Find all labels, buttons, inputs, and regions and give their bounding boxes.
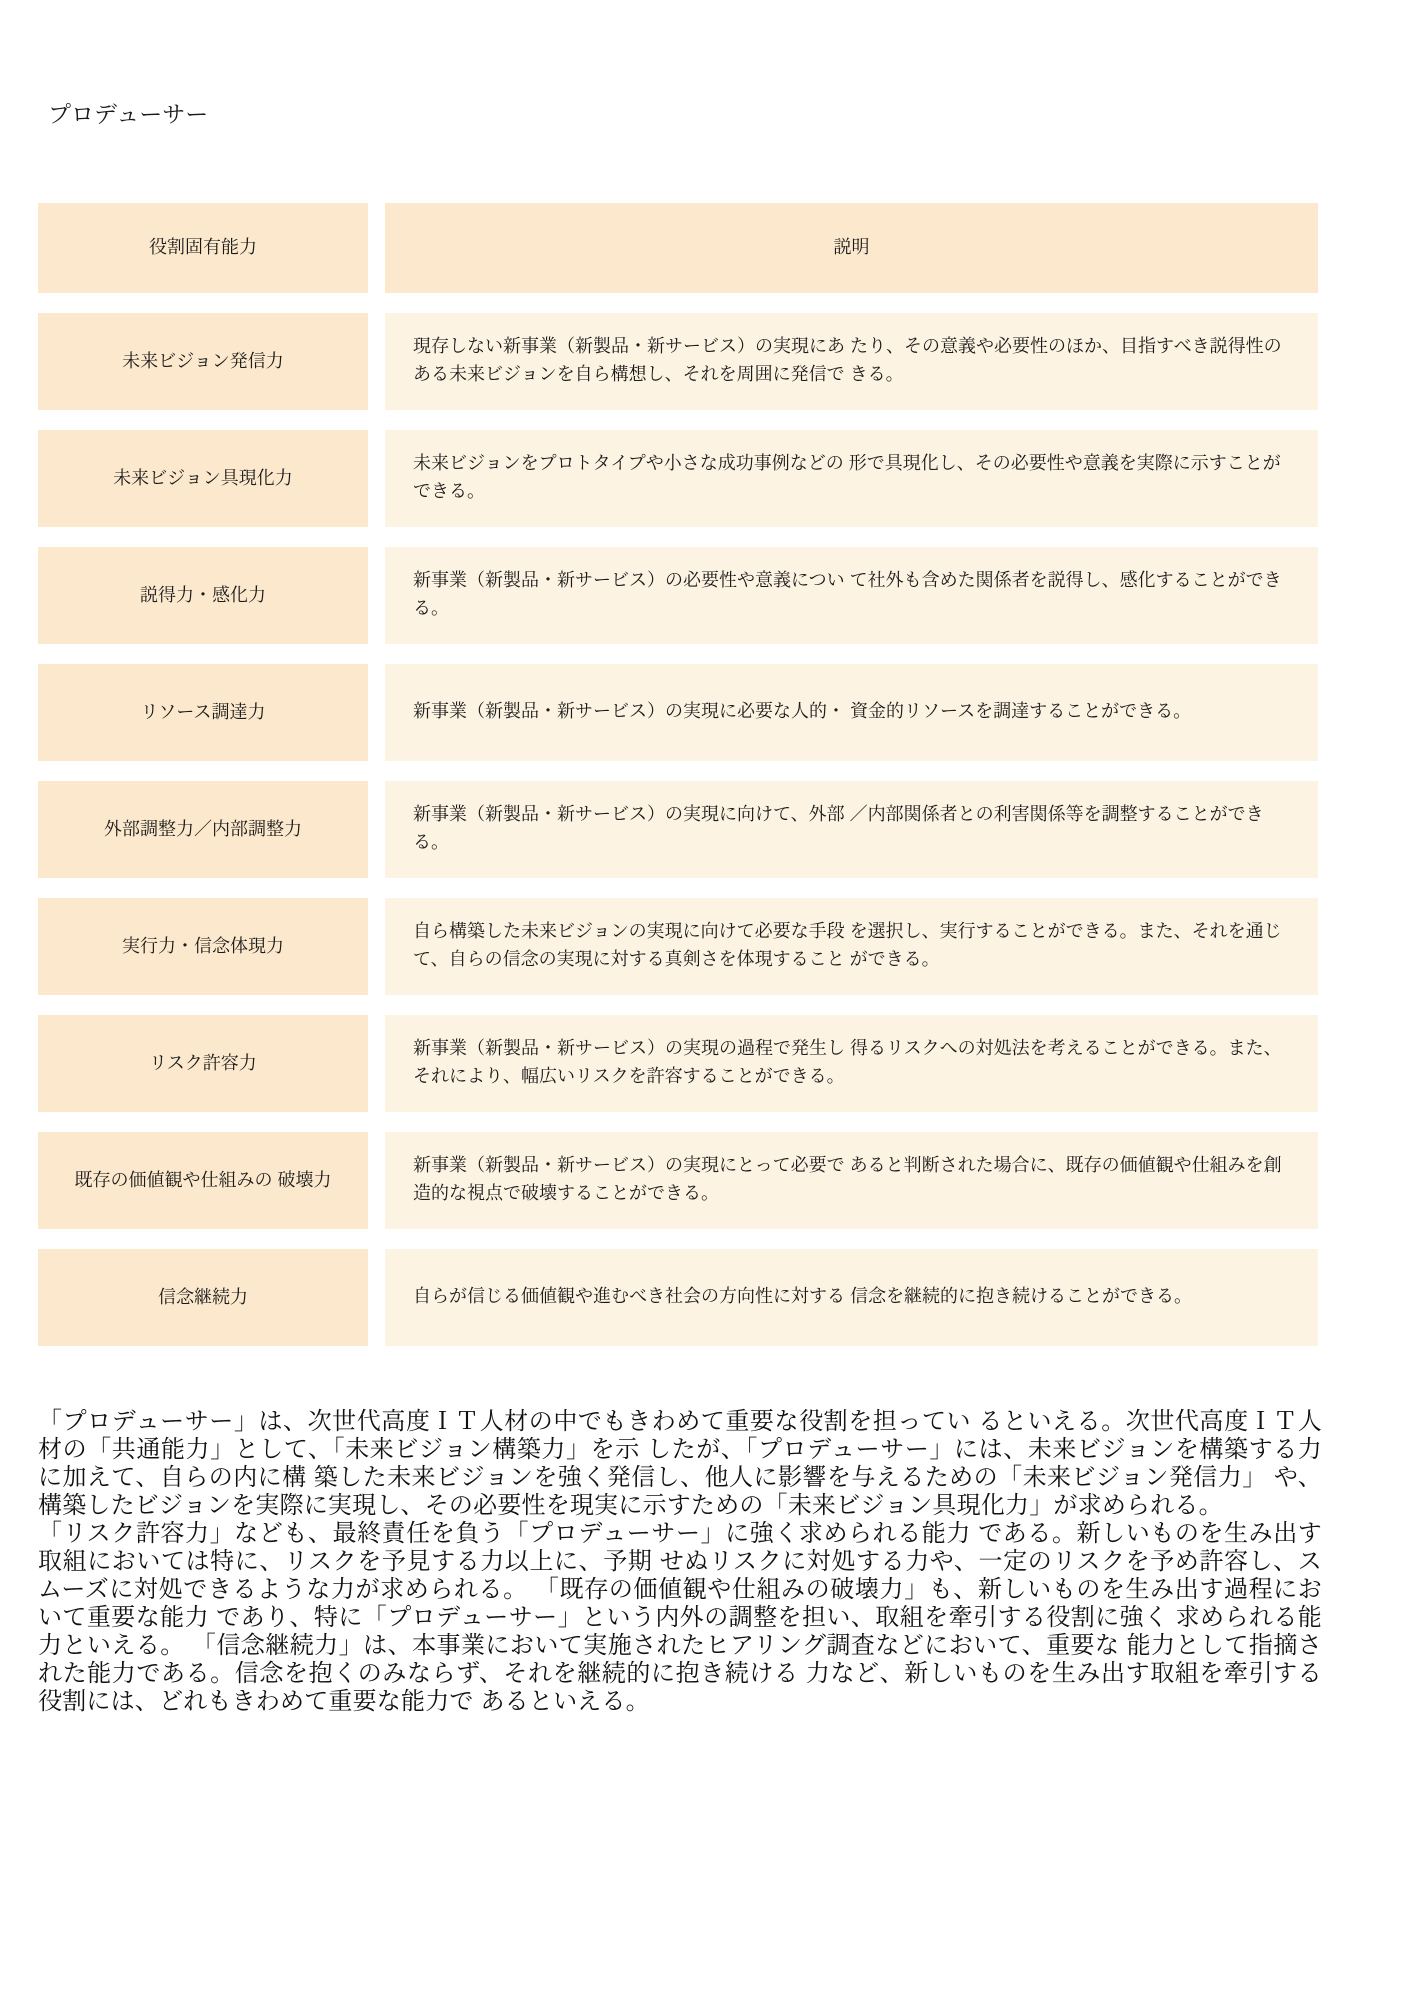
ability-cell: リソース調達力 [38, 664, 368, 761]
ability-cell: 信念継続力 [38, 1249, 368, 1346]
description-cell: 新事業（新製品・新サービス）の実現に向けて、外部 ／内部関係者との利害関係等を調… [385, 781, 1318, 878]
description-cell: 未来ビジョンをプロトタイプや小さな成功事例などの 形で具現化し、その必要性や意義… [385, 430, 1318, 527]
description-cell: 新事業（新製品・新サービス）の実現の過程で発生し 得るリスクへの対処法を考えるこ… [385, 1015, 1318, 1112]
ability-cell: 説得力・感化力 [38, 547, 368, 644]
description-cell: 新事業（新製品・新サービス）の必要性や意義につい て社外も含めた関係者を説得し、… [385, 547, 1318, 644]
description-cell: 新事業（新製品・新サービス）の実現にとって必要で あると判断された場合に、既存の… [385, 1132, 1318, 1229]
ability-cell: 既存の価値観や仕組みの 破壊力 [38, 1132, 368, 1229]
ability-table: 役割固有能力 説明 未来ビジョン発信力 現存しない新事業（新製品・新サービス）の… [38, 203, 1318, 1346]
description-cell: 自らが信じる価値観や進むべき社会の方向性に対する 信念を継続的に抱き続けることが… [385, 1249, 1318, 1346]
ability-cell: 実行力・信念体現力 [38, 898, 368, 995]
body-text: 「プロデューサー」は、次世代高度ＩＴ人材の中でもきわめて重要な役割を担ってい る… [38, 1408, 1322, 1717]
description-cell: 現存しない新事業（新製品・新サービス）の実現にあ たり、その意義や必要性のほか、… [385, 313, 1318, 410]
description-cell: 新事業（新製品・新サービス）の実現に必要な人的・ 資金的リソースを調達することが… [385, 664, 1318, 761]
table-header-ability: 役割固有能力 [38, 203, 368, 293]
ability-cell: 未来ビジョン具現化力 [38, 430, 368, 527]
body-paragraph: 「リスク許容力」なども、最終責任を負う「プロデューサー」に強く求められる能力 で… [38, 1520, 1322, 1717]
document-page: プロデューサー 役割固有能力 説明 未来ビジョン発信力 現存しない新事業（新製品… [0, 0, 1414, 2000]
table-header-description: 説明 [385, 203, 1318, 293]
body-paragraph: 「プロデューサー」は、次世代高度ＩＴ人材の中でもきわめて重要な役割を担ってい る… [38, 1408, 1322, 1520]
description-cell: 自ら構築した未来ビジョンの実現に向けて必要な手段 を選択し、実行することができる… [385, 898, 1318, 995]
page-title: プロデューサー [48, 0, 1414, 129]
ability-cell: 外部調整力／内部調整力 [38, 781, 368, 878]
ability-cell: リスク許容力 [38, 1015, 368, 1112]
ability-cell: 未来ビジョン発信力 [38, 313, 368, 410]
